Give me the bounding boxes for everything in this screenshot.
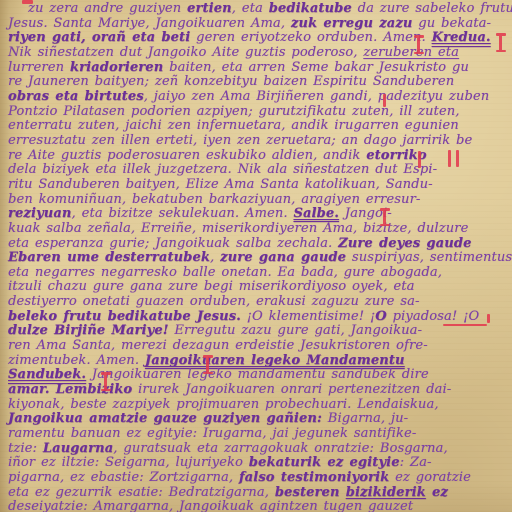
manuscript-text-segment: , jaiyo zen Ama Birjiñeren gandi, padezi… xyxy=(144,89,490,104)
manuscript-text-segment: irurek Jangoikuaren onrari pertenezitzen… xyxy=(132,382,451,397)
manuscript-line: Jesus. Santa Mariye, Jangoikuaren Ama, z… xyxy=(0,17,512,32)
manuscript-line: ben komuniñuan, bekatuben barkaziyuan, a… xyxy=(0,193,512,208)
manuscript-text-segment: tzie: xyxy=(8,441,43,456)
manuscript-line: lurreren kriadorieren baiten, eta arren … xyxy=(0,61,512,76)
manuscript-line: itzuli chazu gure gana zure begi miserik… xyxy=(0,280,512,295)
manuscript-line: tzie: Laugarna, guratsuak eta zarragokua… xyxy=(0,442,512,457)
manuscript-line: ritu Sanduberen baityen, Elize Ama Santa… xyxy=(0,178,512,193)
manuscript-text-segment: gu bekata- xyxy=(412,16,491,31)
manuscript-text-segment: falso testimoniyorik xyxy=(239,470,389,485)
manuscript-text-segment: besteren xyxy=(275,485,346,500)
manuscript-text-segment: bizikiderik xyxy=(346,485,426,500)
manuscript-text-segment: ramentu banuan ez egityie: Irugarna, jai… xyxy=(8,426,416,441)
manuscript-text-segment: riyen gati, orañ eta beti xyxy=(8,30,190,45)
manuscript-text-segment: re Aite guztis poderosuaren eskubiko ald… xyxy=(8,148,366,163)
manuscript-text-segment: , xyxy=(210,250,220,265)
manuscript-text-segment: etorriko xyxy=(366,148,426,163)
manuscript-text-segment: dela biziyek eta illek juzgetzera. Nik a… xyxy=(8,162,437,177)
manuscript-text-segment: ben komuniñuan, bekatuben barkaziyuan, a… xyxy=(8,192,420,207)
manuscript-page: zu zera andre guziyen ertien, eta bedika… xyxy=(0,0,512,512)
manuscript-text-segment: suspiriyas, sentimentus xyxy=(346,250,512,265)
manuscript-text-segment: ertien xyxy=(187,1,232,16)
manuscript-line: Sandubek. Jangoikuaren legeko mandamentu… xyxy=(0,368,512,383)
manuscript-line: dela biziyek eta illek juzgetzera. Nik a… xyxy=(0,163,512,178)
manuscript-line: beleko frutu bedikatube Jesus. ¡O klemen… xyxy=(0,310,512,325)
manuscript-text-segment: re Jauneren baityen; zeñ konzebityu baiz… xyxy=(8,74,454,89)
manuscript-text-segment: amar. Lembiziko xyxy=(8,382,132,397)
manuscript-text-segment: ren Ama Santa, merezi dezagun erdeistie … xyxy=(8,338,428,353)
manuscript-line: reziyuan, eta bizitze sekulekuan. Amen. … xyxy=(0,207,512,222)
manuscript-text-segment: zeruberen eta xyxy=(363,45,459,60)
manuscript-text-segment: Jangoi- xyxy=(339,206,392,221)
manuscript-text-segment: da zure sabeleko frutube xyxy=(352,1,512,16)
manuscript-line: zu zera andre guziyen ertien, eta bedika… xyxy=(0,2,512,17)
manuscript-text-segment: Erregutu zazu gure gati, Jangoikua- xyxy=(169,323,423,338)
manuscript-text-segment: Nik siñestatzen dut Jangoiko Aite guztis… xyxy=(8,45,363,60)
section-heading: Sandubek. xyxy=(8,367,86,382)
manuscript-text-segment: erresuztatu zen illen erteti, iyen zen z… xyxy=(8,133,472,148)
manuscript-text-segment: eta negarres negarresko balle onetan. Ea… xyxy=(8,265,442,280)
manuscript-text-segment: ¡O klementisime! ¡ xyxy=(241,309,375,324)
manuscript-text-segment: baiten, eta arren Seme bakar Jesukristo … xyxy=(163,60,469,75)
section-heading: Kredua. xyxy=(432,30,491,45)
manuscript-text-segment: dulze Birjiñe Mariye! xyxy=(8,323,169,338)
manuscript-text-segment: : Za- xyxy=(400,455,432,470)
manuscript-line: riyen gati, orañ eta beti geren eriyotze… xyxy=(0,31,512,46)
manuscript-line: ren Ama Santa, merezi dezagun erdeistie … xyxy=(0,339,512,354)
manuscript-text-segment: eta esperanza gurie; Jangoikuak salba ze… xyxy=(8,236,338,251)
manuscript-text-segment: kiyonak, beste zazpiyek projimuaren prob… xyxy=(8,397,439,412)
manuscript-text-segment: kuak salba zeñala, Erreiñe, miserikordiy… xyxy=(8,221,468,236)
manuscript-text-segment: geren eriyotzeko orduben. Amen. xyxy=(190,30,431,45)
manuscript-text-segment: reziyuan xyxy=(8,206,72,221)
manuscript-text-segment: eta ez gezurrik esatie: Bedratzigarna, xyxy=(8,485,275,500)
manuscript-line: re Aite guztis poderosuaren eskubiko ald… xyxy=(0,149,512,164)
manuscript-text-segment: ritu Sanduberen baityen, Elize Ama Santa… xyxy=(8,177,433,192)
manuscript-text-segment: kriadorieren xyxy=(70,60,163,75)
manuscript-text-segment: bedikatube xyxy=(269,1,352,16)
manuscript-text-segment: Jangoikuaren legeko mandamentu sandubek … xyxy=(86,367,429,382)
manuscript-text-segment: iñor ez iltzie: Seigarna, lujuriyeko xyxy=(8,455,249,470)
manuscript-text-segment: Jesus. Santa Mariye, Jangoikuaren Ama, xyxy=(8,16,291,31)
manuscript-line: deseiyatzie: Amargarna, Jangoikuak agint… xyxy=(0,500,512,512)
manuscript-text-segment: beleko frutu bedikatube Jesus. xyxy=(8,309,241,324)
manuscript-text-segment: pigarna, ez ebastie: Zortzigarna, xyxy=(8,470,239,485)
manuscript-text-segment: zimentubek. Amen. xyxy=(8,353,145,368)
manuscript-text-segment: O xyxy=(375,309,386,324)
manuscript-text-segment: Zure deyes gaude xyxy=(338,236,471,251)
manuscript-text-segment: Ebaren ume desterratubek xyxy=(8,250,210,265)
manuscript-line: eta esperanza gurie; Jangoikuak salba ze… xyxy=(0,237,512,252)
section-heading: Jangoikuaren legeko Mandamentu xyxy=(145,353,405,368)
manuscript-line: erresuztatu zen illen erteti, iyen zen z… xyxy=(0,134,512,149)
manuscript-text-segment: , guratsuak eta zarragokuak onratzie: Bo… xyxy=(113,441,447,456)
manuscript-line: kuak salba zeñala, Erreiñe, miserikordiy… xyxy=(0,222,512,237)
manuscript-text-segment: Jangoikua amatzie gauze guziyen gañien: xyxy=(8,411,322,426)
manuscript-line: re Jauneren baityen; zeñ konzebityu baiz… xyxy=(0,75,512,90)
manuscript-line: ramentu banuan ez egityie: Irugarna, jai… xyxy=(0,427,512,442)
manuscript-line: dulze Birjiñe Mariye! Erregutu zazu gure… xyxy=(0,324,512,339)
manuscript-line: destiyerro onetati guazen orduben, eraku… xyxy=(0,295,512,310)
manuscript-text-segment: destiyerro onetati guazen orduben, eraku… xyxy=(8,294,420,309)
manuscript-text-segment: zure gana gaude xyxy=(220,250,346,265)
manuscript-text-segment: Laugarna xyxy=(43,441,113,456)
manuscript-line: amar. Lembiziko irurek Jangoikuaren onra… xyxy=(0,383,512,398)
manuscript-text-segment: , eta bizitze sekulekuan. Amen. xyxy=(72,206,294,221)
manuscript-text-segment: Bigarna, ju- xyxy=(322,411,408,426)
manuscript-text-segment: obras eta birtutes xyxy=(8,89,144,104)
manuscript-text-segment: zuk erregu zazu xyxy=(291,16,413,31)
manuscript-line: zimentubek. Amen. Jangoikuaren legeko Ma… xyxy=(0,354,512,369)
manuscript-text-segment: itzuli chazu gure gana zure begi miserik… xyxy=(8,279,415,294)
manuscript-line: Jangoikua amatzie gauze guziyen gañien: … xyxy=(0,412,512,427)
manuscript-text-segment: ez xyxy=(426,485,448,500)
manuscript-text-segment: enterratu zuten, jaichi zen infernuetara… xyxy=(8,118,459,133)
manuscript-text-segment: Pontzio Pilatasen podorien azpiyen; guru… xyxy=(8,104,460,119)
section-heading: Salbe. xyxy=(293,206,339,221)
manuscript-line: Ebaren ume desterratubek, zure gana gaud… xyxy=(0,251,512,266)
manuscript-line: obras eta birtutes, jaiyo zen Ama Birjiñ… xyxy=(0,90,512,105)
manuscript-text-segment: lurreren xyxy=(8,60,70,75)
manuscript-text-segment: , eta xyxy=(232,1,269,16)
manuscript-line: iñor ez iltzie: Seigarna, lujuriyeko bek… xyxy=(0,456,512,471)
manuscript-line: kiyonak, beste zazpiyek projimuaren prob… xyxy=(0,398,512,413)
manuscript-text-segment: ez goratzie xyxy=(389,470,471,485)
manuscript-line: enterratu zuten, jaichi zen infernuetara… xyxy=(0,119,512,134)
manuscript-line: eta negarres negarresko balle onetan. Ea… xyxy=(0,266,512,281)
manuscript-line: eta ez gezurrik esatie: Bedratzigarna, b… xyxy=(0,486,512,501)
manuscript-text-segment: bekaturik ez egityie xyxy=(249,455,400,470)
manuscript-text-segment: deseiyatzie: Amargarna, Jangoikuak agint… xyxy=(8,499,413,512)
manuscript-line: Pontzio Pilatasen podorien azpiyen; guru… xyxy=(0,105,512,120)
manuscript-text: zu zera andre guziyen ertien, eta bedika… xyxy=(0,0,512,512)
manuscript-line: Nik siñestatzen dut Jangoiko Aite guztis… xyxy=(0,46,512,61)
manuscript-text-segment: piyadosa! ¡O xyxy=(387,309,479,324)
manuscript-text-segment: zu zera andre guziyen xyxy=(28,1,187,16)
manuscript-line: pigarna, ez ebastie: Zortzigarna, falso … xyxy=(0,471,512,486)
